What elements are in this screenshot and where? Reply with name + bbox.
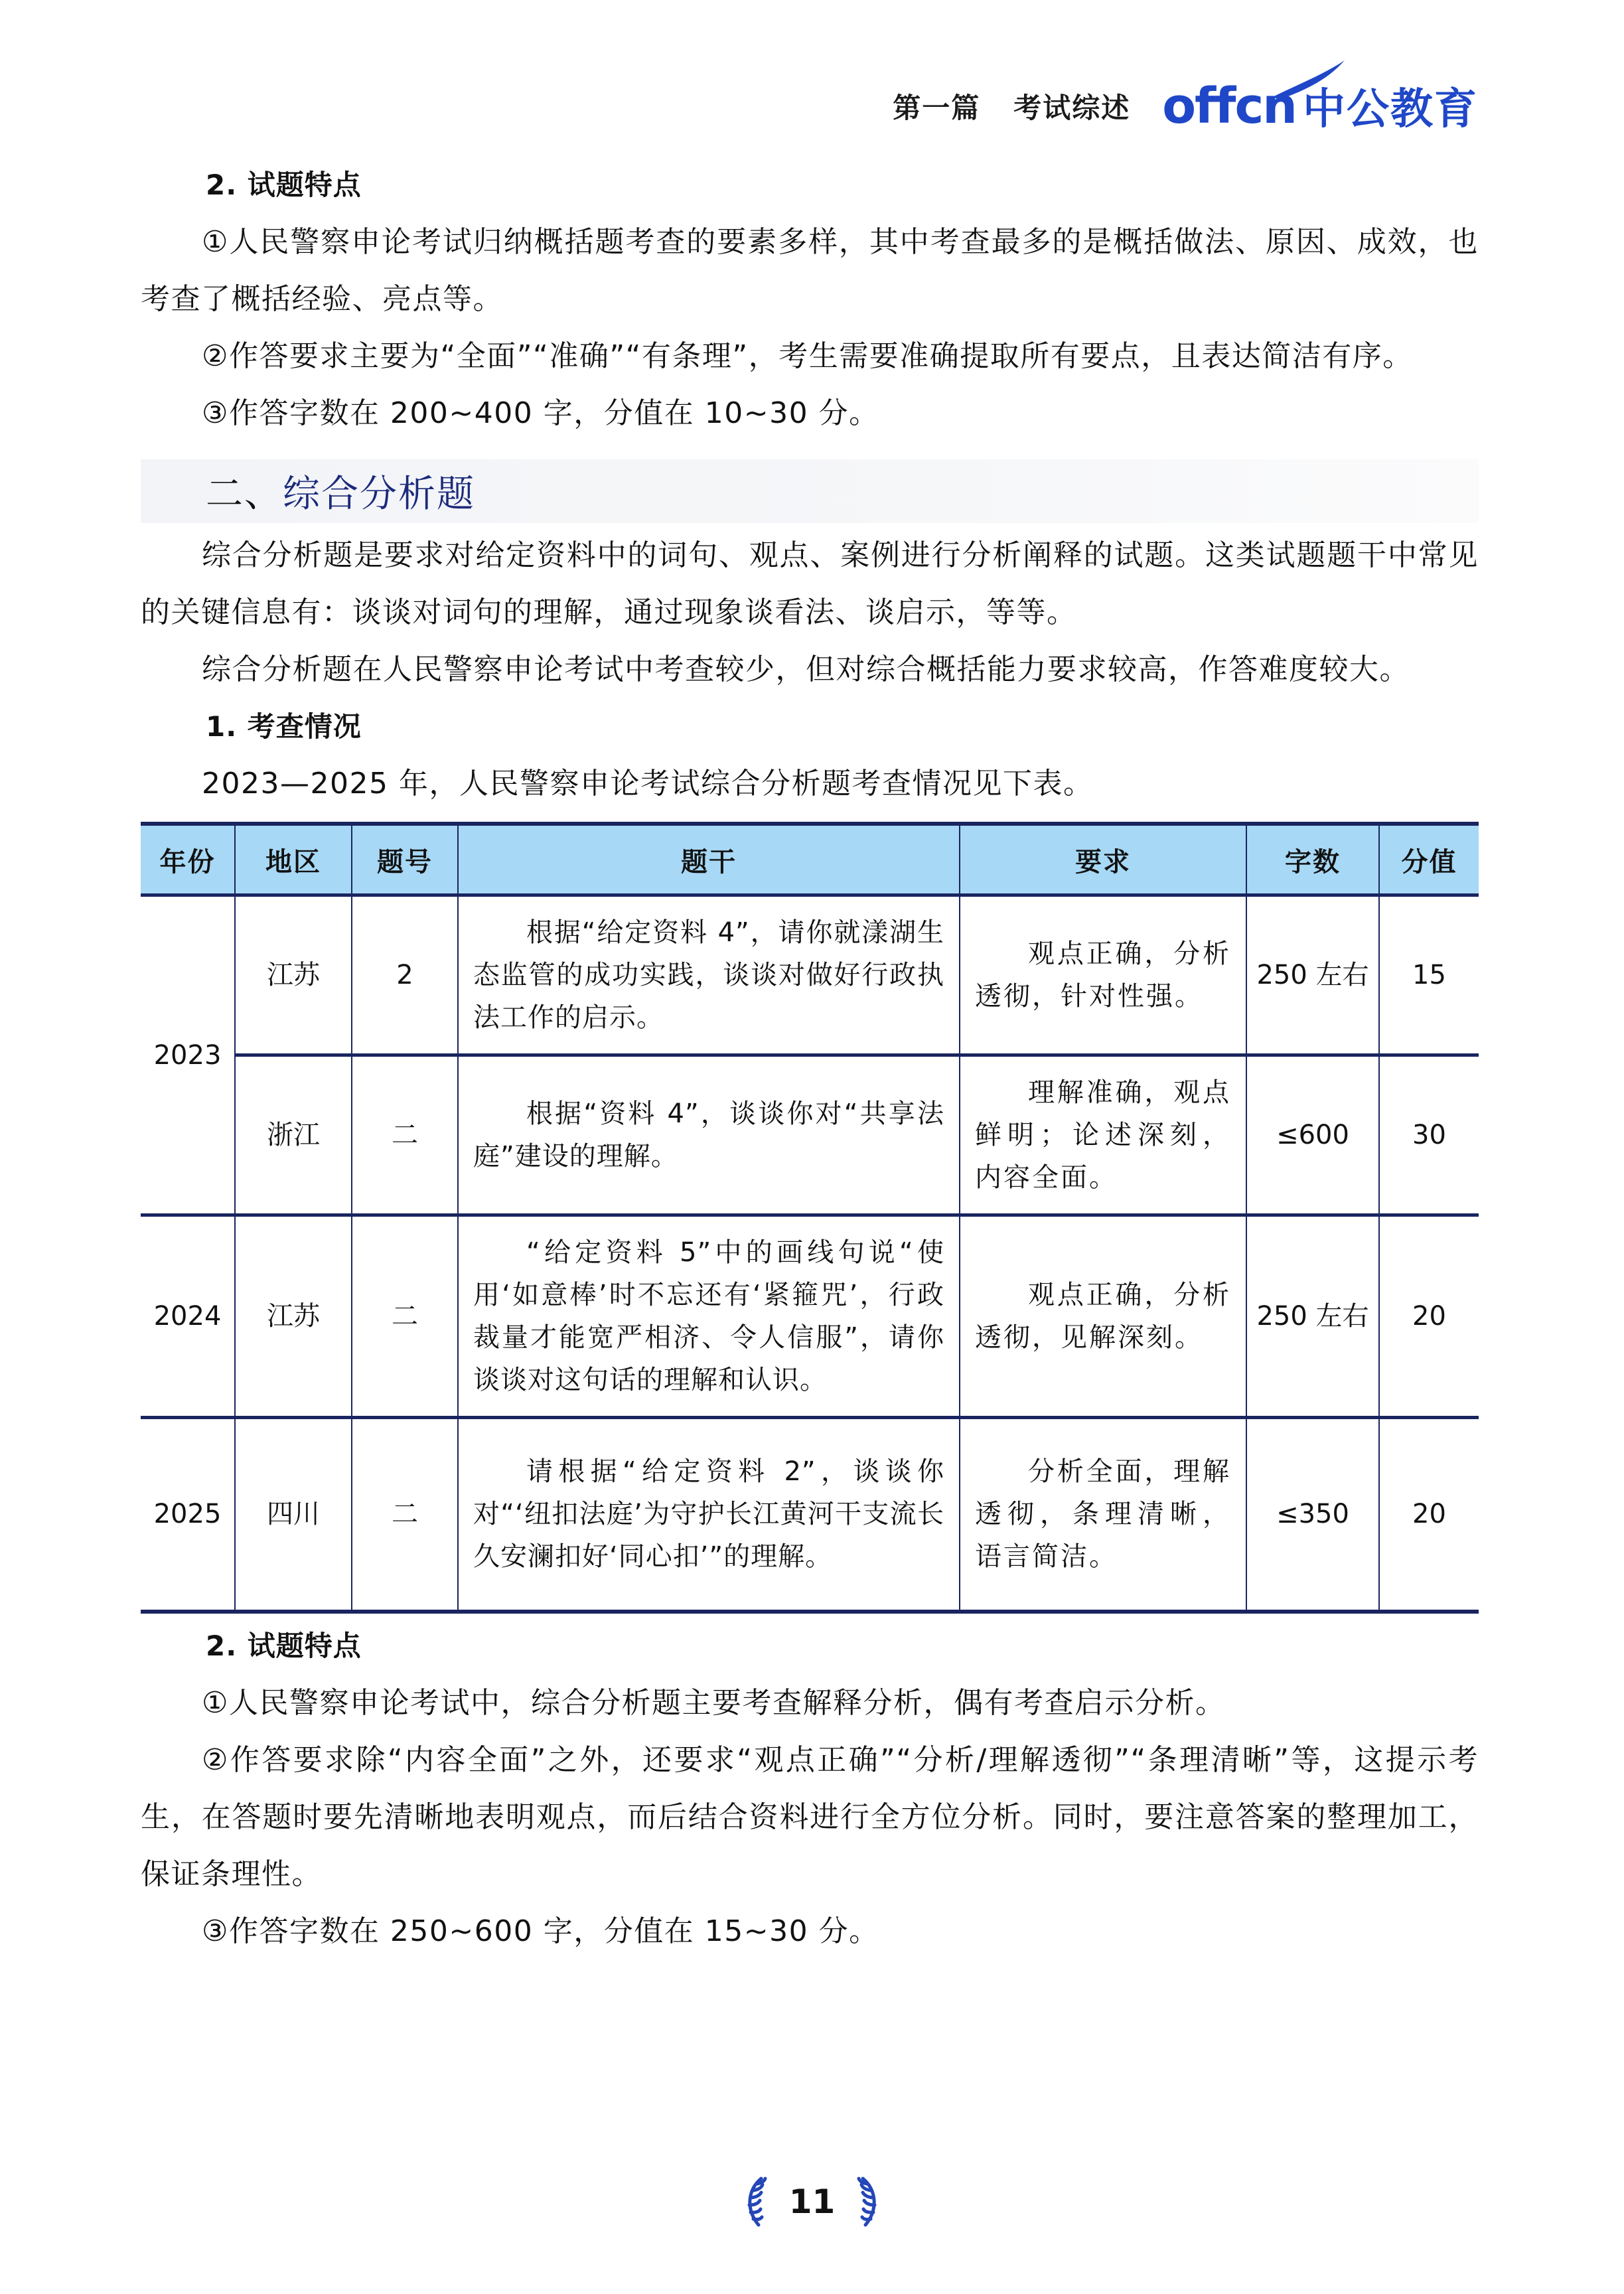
cell-requirement: 分析全面，理解透彻，条理清晰，语言简洁。 bbox=[960, 1418, 1246, 1612]
cell-words: ≤350 bbox=[1246, 1418, 1379, 1612]
paragraph: 综合分析题在人民警察申论考试中考查较少，但对综合概括能力要求较高，作答难度较大。 bbox=[141, 641, 1479, 698]
cell-requirement: 观点正确，分析透彻，见解深刻。 bbox=[960, 1215, 1246, 1418]
section-title: 二、综合分析题 bbox=[206, 465, 475, 518]
cell-number: 二 bbox=[352, 1055, 458, 1215]
col-header-year: 年份 bbox=[141, 824, 235, 895]
cell-number: 2 bbox=[352, 895, 458, 1055]
table-row: 浙江 二 根据“资料 4”，谈谈你对“共享法庭”建设的理解。 理解准确，观点鲜明… bbox=[141, 1055, 1479, 1215]
table-caption: 2023—2025 年，人民警察申论考试综合分析题考查情况见下表。 bbox=[141, 755, 1479, 812]
cell-region: 浙江 bbox=[235, 1055, 352, 1215]
sub-heading-features: 2. 试题特点 bbox=[141, 157, 1479, 214]
section1-tail: 2. 试题特点 ①人民警察申论考试归纳概括题考查的要素多样，其中考查最多的是概括… bbox=[141, 157, 1479, 1960]
cell-year: 2024 bbox=[141, 1215, 235, 1418]
cell-year: 2025 bbox=[141, 1418, 235, 1612]
cell-score: 15 bbox=[1379, 895, 1479, 1055]
cell-requirement: 观点正确，分析透彻，针对性强。 bbox=[960, 895, 1246, 1055]
cell-stem: 请根据“给定资料 2”，谈谈你对“‘纽扣法庭’为守护长江黄河干支流长久安澜扣好‘… bbox=[458, 1418, 960, 1612]
cell-number: 二 bbox=[352, 1418, 458, 1612]
paragraph: ②作答要求除“内容全面”之外，还要求“观点正确”“分析/理解透彻”“条理清晰”等… bbox=[141, 1732, 1479, 1903]
exam-table: 年份 地区 题号 题干 要求 字数 分值 2023 江苏 2 根据“给定资料 4… bbox=[141, 822, 1479, 1614]
section-number: 二、 bbox=[206, 473, 283, 516]
table-row: 2025 四川 二 请根据“给定资料 2”，谈谈你对“‘纽扣法庭’为守护长江黄河… bbox=[141, 1418, 1479, 1612]
chapter-title: 考试综述 bbox=[1013, 92, 1130, 124]
paragraph: ①人民警察申论考试归纳概括题考查的要素多样，其中考查最多的是概括做法、原因、成效… bbox=[141, 214, 1479, 328]
cell-words: 250 左右 bbox=[1246, 895, 1379, 1055]
cell-requirement: 理解准确，观点鲜明；论述深刻，内容全面。 bbox=[960, 1055, 1246, 1215]
cell-number: 二 bbox=[352, 1215, 458, 1418]
sub-heading-features-2: 2. 试题特点 bbox=[141, 1618, 1479, 1675]
laurel-right-icon bbox=[853, 2176, 885, 2228]
logo-swoosh-icon bbox=[1268, 59, 1348, 99]
cell-score: 20 bbox=[1379, 1215, 1479, 1418]
col-header-score: 分值 bbox=[1379, 824, 1479, 895]
part-label: 第一篇 bbox=[893, 92, 980, 124]
laurel-left-icon bbox=[739, 2176, 771, 2228]
cell-words: ≤600 bbox=[1246, 1055, 1379, 1215]
paragraph: 综合分析题是要求对给定资料中的词句、观点、案例进行分析阐释的试题。这类试题题干中… bbox=[141, 527, 1479, 641]
sub-heading-situation: 1. 考查情况 bbox=[141, 698, 1479, 755]
paragraph: ①人民警察申论考试中，综合分析题主要考查解释分析，偶有考查启示分析。 bbox=[141, 1675, 1479, 1732]
cell-stem: “给定资料 5”中的画线句说“使用‘如意棒’时不忘还有‘紧箍咒’，行政裁量才能宽… bbox=[458, 1215, 960, 1418]
col-header-region: 地区 bbox=[235, 824, 352, 895]
page-footer: 11 bbox=[0, 2176, 1624, 2228]
cell-region: 江苏 bbox=[235, 1215, 352, 1418]
table-header-row: 年份 地区 题号 题干 要求 字数 分值 bbox=[141, 824, 1479, 895]
section-title-text: 综合分析题 bbox=[283, 473, 475, 516]
cell-region: 江苏 bbox=[235, 895, 352, 1055]
cell-stem: 根据“给定资料 4”，请你就漾湖生态监管的成功实践，谈谈对做好行政执法工作的启示… bbox=[458, 895, 960, 1055]
col-header-stem: 题干 bbox=[458, 824, 960, 895]
chapter-label: 第一篇考试综述 bbox=[893, 86, 1130, 126]
page-number: 11 bbox=[789, 2182, 836, 2221]
paragraph: ③作答字数在 200~400 字，分值在 10~30 分。 bbox=[141, 385, 1479, 442]
paragraph: ③作答字数在 250~600 字，分值在 15~30 分。 bbox=[141, 1903, 1479, 1960]
table-row: 2024 江苏 二 “给定资料 5”中的画线句说“使用‘如意棒’时不忘还有‘紧箍… bbox=[141, 1215, 1479, 1418]
col-header-requirement: 要求 bbox=[960, 824, 1246, 895]
brand-logo: offcn 中公教育 bbox=[1162, 82, 1478, 131]
table-row: 2023 江苏 2 根据“给定资料 4”，请你就漾湖生态监管的成功实践，谈谈对做… bbox=[141, 895, 1479, 1055]
cell-year: 2023 bbox=[141, 895, 235, 1215]
cell-words: 250 左右 bbox=[1246, 1215, 1379, 1418]
section-heading-bar: 二、综合分析题 bbox=[141, 459, 1479, 523]
cell-score: 20 bbox=[1379, 1418, 1479, 1612]
cell-score: 30 bbox=[1379, 1055, 1479, 1215]
col-header-number: 题号 bbox=[352, 824, 458, 895]
cell-stem: 根据“资料 4”，谈谈你对“共享法庭”建设的理解。 bbox=[458, 1055, 960, 1215]
page-header: 第一篇考试综述 offcn 中公教育 bbox=[893, 73, 1478, 139]
cell-region: 四川 bbox=[235, 1418, 352, 1612]
col-header-words: 字数 bbox=[1246, 824, 1379, 895]
paragraph: ②作答要求主要为“全面”“准确”“有条理”，考生需要准确提取所有要点，且表达简洁… bbox=[141, 328, 1479, 385]
